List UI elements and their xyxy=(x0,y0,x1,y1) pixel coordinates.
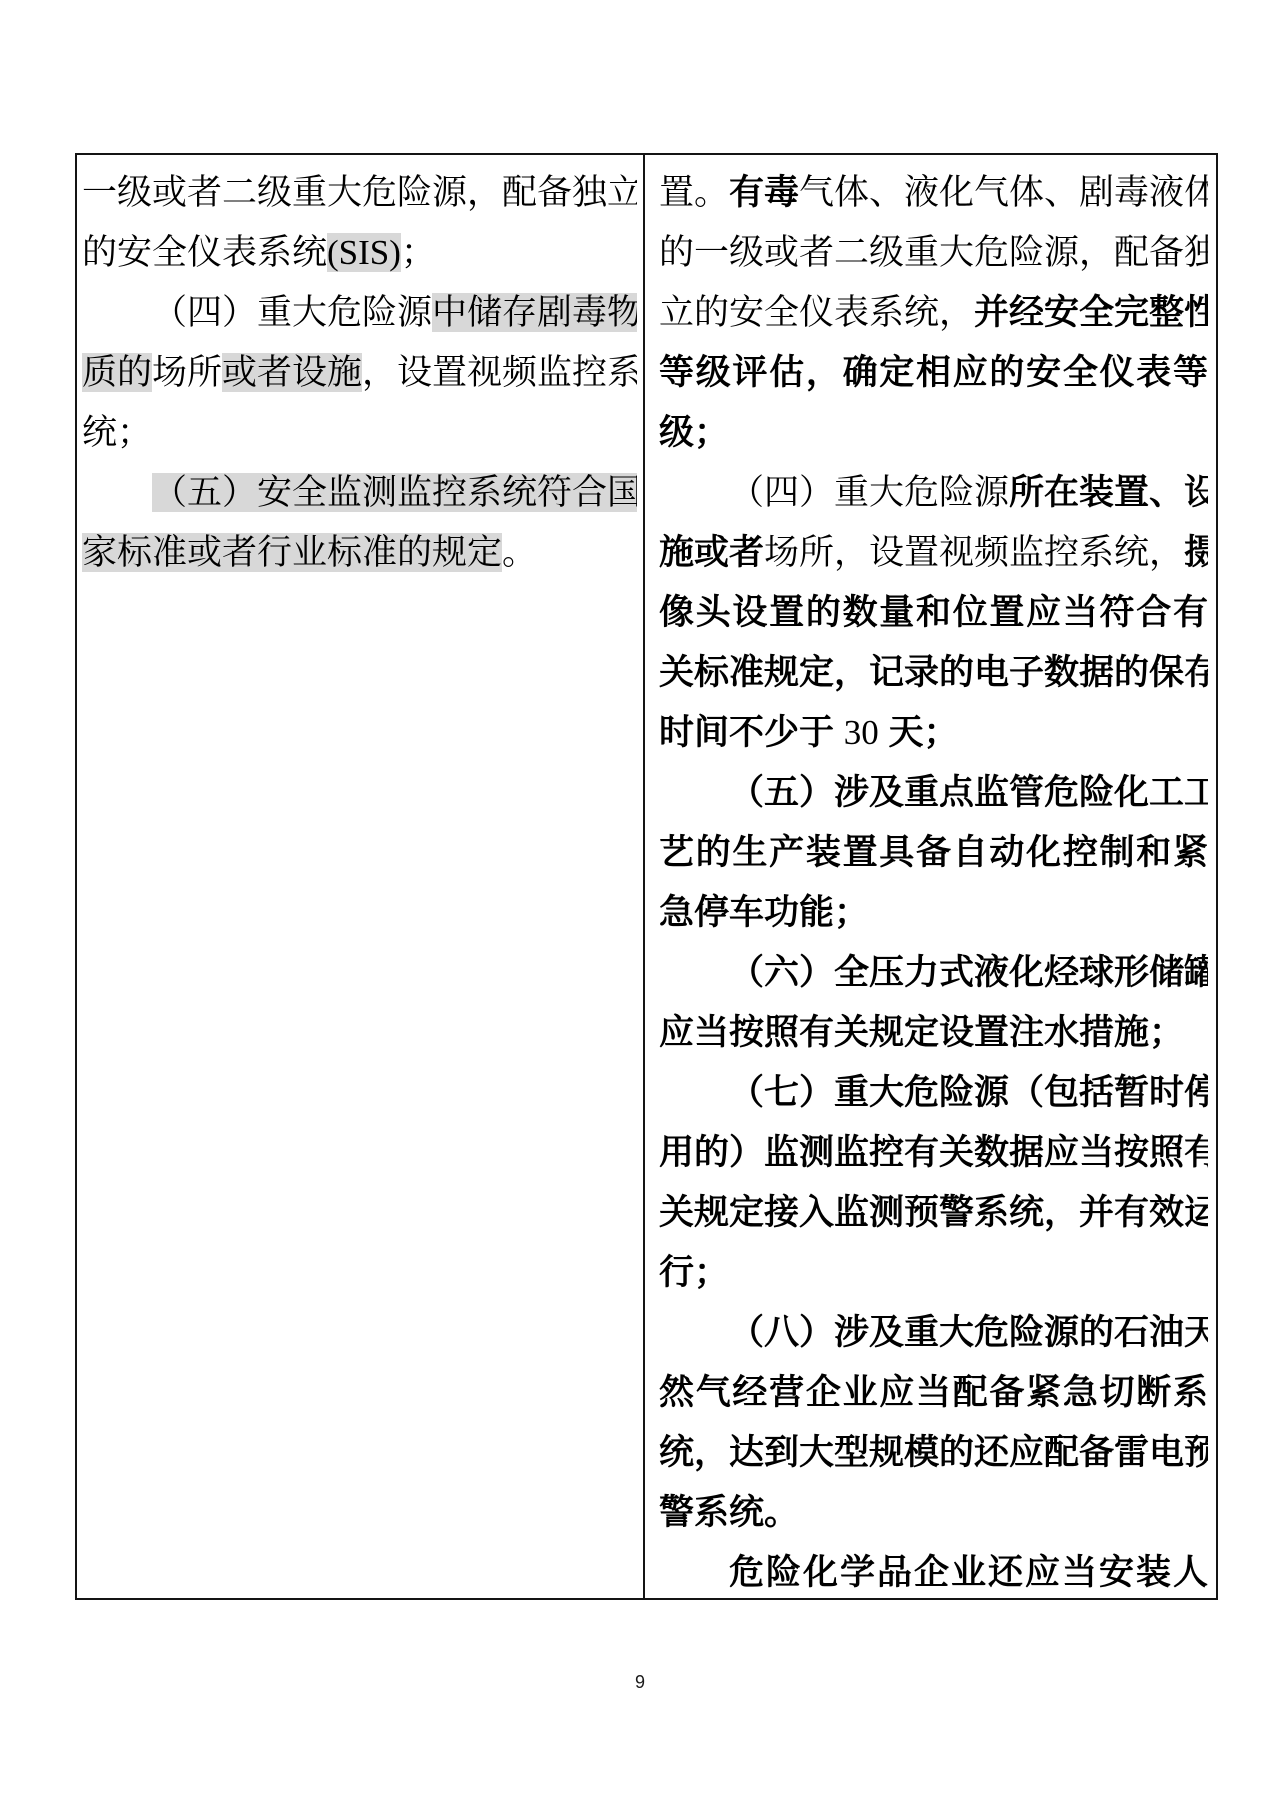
highlighted-segment: 或者设施 xyxy=(222,353,362,392)
text-segment: ，设置视频监控系 xyxy=(362,353,637,392)
text-segment: 关标准规定，记录的电子数据的保存 xyxy=(659,653,1208,692)
text-segment: 施或者 xyxy=(659,533,764,572)
page-number: 9 xyxy=(0,1672,1280,1693)
table-cell-left: 一级或者二级重大危险源，配备独立的安全仪表系统(SIS)；（四）重大危险源中储存… xyxy=(77,155,645,1598)
text-line: （五）安全监测监控系统符合国 xyxy=(82,463,637,523)
text-line: 施或者场所，设置视频监控系统，摄 xyxy=(659,523,1208,583)
text-segment: 并经安全完整性 xyxy=(974,293,1208,332)
text-line: 级； xyxy=(659,403,1208,463)
text-line: 关规定接入监测预警系统，并有效运 xyxy=(659,1183,1208,1243)
table-cell-right: 置。有毒气体、液化气体、剧毒液体的一级或者二级重大危险源，配备独立的安全仪表系统… xyxy=(645,155,1216,1598)
text-segment: （四）重大危险源 xyxy=(729,473,1009,512)
text-segment: 30 xyxy=(844,713,879,752)
text-segment: 天； xyxy=(879,713,959,752)
text-line: 统； xyxy=(82,403,637,463)
text-line: 用的）监测监控有关数据应当按照有 xyxy=(659,1123,1208,1183)
text-segment: 艺的生产装置具备自动化控制和紧 xyxy=(659,833,1208,872)
text-segment: 摄 xyxy=(1184,533,1208,572)
text-segment: 用的）监测监控有关数据应当按照有 xyxy=(659,1133,1208,1172)
text-line: 质的场所或者设施，设置视频监控系 xyxy=(82,343,637,403)
text-line: 关标准规定，记录的电子数据的保存 xyxy=(659,643,1208,703)
text-line: 统，达到大型规模的还应配备雷电预 xyxy=(659,1423,1208,1483)
text-segment: 统，达到大型规模的还应配备雷电预 xyxy=(659,1433,1208,1472)
text-line: 的一级或者二级重大危险源，配备独 xyxy=(659,223,1208,283)
highlighted-segment: 中储存剧毒物 xyxy=(432,293,637,332)
highlighted-segment: （五）安全监测监控系统符合国 xyxy=(152,473,637,512)
text-line: 一级或者二级重大危险源，配备独立 xyxy=(82,163,637,223)
text-segment: 的一级或者二级重大危险源，配备独 xyxy=(659,233,1208,272)
text-segment: （八）涉及重大危险源的石油天 xyxy=(729,1313,1208,1352)
text-segment: 的安全仪表系统 xyxy=(82,233,327,272)
text-line: （四）重大危险源中储存剧毒物 xyxy=(82,283,637,343)
text-segment: 行； xyxy=(659,1253,729,1292)
text-segment: 急停车功能； xyxy=(659,893,869,932)
text-segment: （七）重大危险源（包括暂时停 xyxy=(729,1073,1208,1112)
text-segment: 置。 xyxy=(659,173,729,212)
text-segment: 像头设置的数量和位置应当符合有 xyxy=(659,593,1208,632)
text-segment: 立的安全仪表系统， xyxy=(659,293,974,332)
text-line: 等级评估，确定相应的安全仪表等 xyxy=(659,343,1208,403)
text-segment: 关规定接入监测预警系统，并有效运 xyxy=(659,1193,1208,1232)
text-segment: （六）全压力式液化烃球形储罐 xyxy=(729,953,1208,992)
highlighted-segment: (SIS) xyxy=(327,233,401,272)
text-line: 然气经营企业应当配备紧急切断系 xyxy=(659,1363,1208,1423)
text-segment: 等级评估，确定相应的安全仪表等 xyxy=(659,353,1208,392)
text-segment: 级； xyxy=(659,413,729,452)
text-segment: 时间不少于 xyxy=(659,713,844,752)
text-line: 行； xyxy=(659,1243,1208,1303)
text-line: 像头设置的数量和位置应当符合有 xyxy=(659,583,1208,643)
text-line: （七）重大危险源（包括暂时停 xyxy=(659,1063,1208,1123)
text-line: （四）重大危险源所在装置、设 xyxy=(659,463,1208,523)
text-line: （八）涉及重大危险源的石油天 xyxy=(659,1303,1208,1363)
text-segment: 有毒 xyxy=(729,173,799,212)
highlighted-segment: 质的 xyxy=(82,353,152,392)
text-segment: 所在装置、设 xyxy=(1009,473,1208,512)
text-line: 时间不少于 30 天； xyxy=(659,703,1208,763)
text-segment: 一级或者二级重大危险源，配备独立 xyxy=(82,173,637,212)
text-segment: 危险化学品企业还应当安装人 xyxy=(729,1553,1208,1592)
text-segment: 场所 xyxy=(152,353,222,392)
text-line: 置。有毒气体、液化气体、剧毒液体 xyxy=(659,163,1208,223)
highlighted-segment: 家标准或者行业标准的规定 xyxy=(82,533,502,572)
text-segment: 应当按照有关规定设置注水措施； xyxy=(659,1013,1184,1052)
text-line: 应当按照有关规定设置注水措施； xyxy=(659,1003,1208,1063)
text-line: 警系统。 xyxy=(659,1483,1208,1543)
text-line: （五）涉及重点监管危险化工工 xyxy=(659,763,1208,823)
text-segment: 警系统。 xyxy=(659,1493,799,1532)
text-line: 艺的生产装置具备自动化控制和紧 xyxy=(659,823,1208,883)
text-segment: 统； xyxy=(82,413,152,452)
text-segment: 。 xyxy=(502,533,537,572)
text-segment: （四）重大危险源 xyxy=(152,293,432,332)
document-page: { "page": { "number": "9" }, "colors": {… xyxy=(0,0,1280,1810)
text-segment: 场所，设置视频监控系统， xyxy=(764,533,1184,572)
text-segment: 气体、液化气体、剧毒液体 xyxy=(799,173,1208,212)
comparison-table: 一级或者二级重大危险源，配备独立的安全仪表系统(SIS)；（四）重大危险源中储存… xyxy=(75,153,1218,1600)
text-segment: （五）涉及重点监管危险化工工 xyxy=(729,773,1208,812)
text-line: 急停车功能； xyxy=(659,883,1208,943)
text-line: （六）全压力式液化烃球形储罐 xyxy=(659,943,1208,1003)
text-line: 危险化学品企业还应当安装人 xyxy=(659,1543,1208,1598)
text-line: 的安全仪表系统(SIS)； xyxy=(82,223,637,283)
text-line: 家标准或者行业标准的规定。 xyxy=(82,523,637,583)
text-segment: 然气经营企业应当配备紧急切断系 xyxy=(659,1373,1208,1412)
text-segment: ； xyxy=(401,233,436,272)
text-line: 立的安全仪表系统，并经安全完整性 xyxy=(659,283,1208,343)
